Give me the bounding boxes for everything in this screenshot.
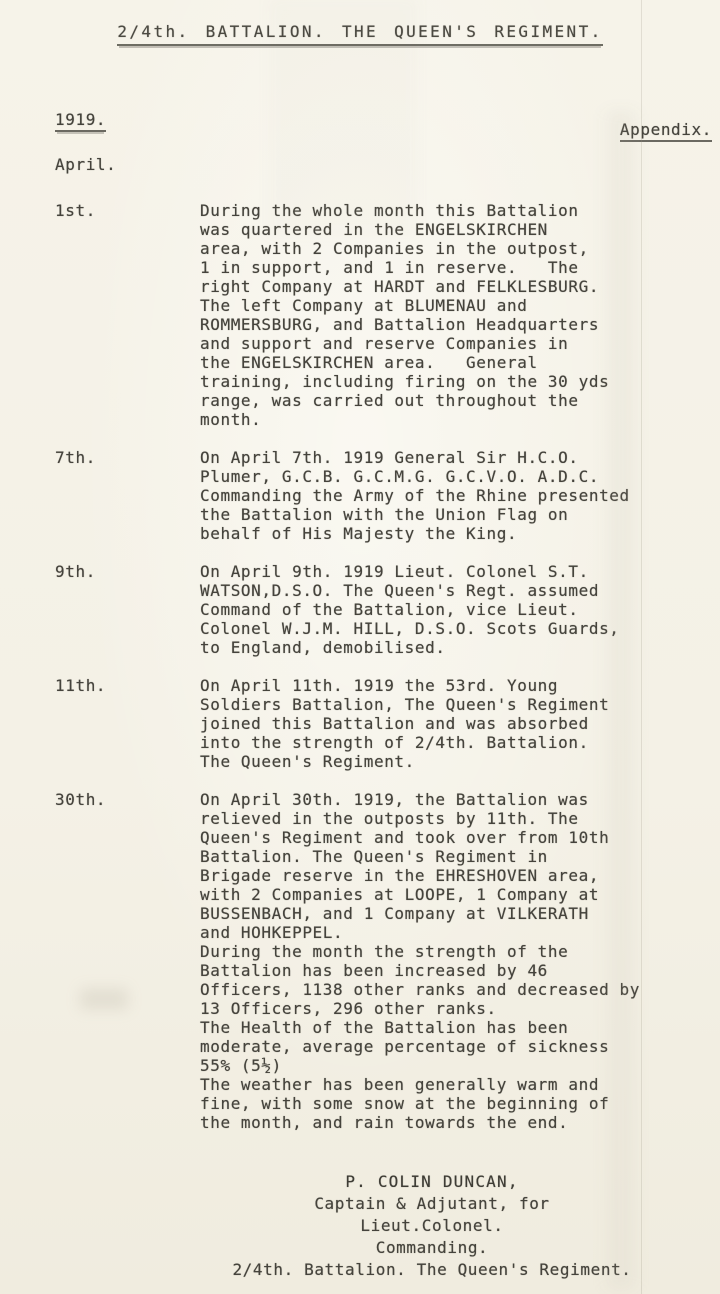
diary-entry-7th: 7th. On April 7th. 1919 General Sir H.C.… bbox=[55, 448, 720, 543]
entry-text: On April 11th. 1919 the 53rd. Young Sold… bbox=[200, 676, 675, 771]
year-label: 1919. bbox=[55, 110, 106, 132]
entry-date: 11th. bbox=[55, 676, 200, 695]
entry-text: On April 30th. 1919, the Battalion was r… bbox=[200, 790, 675, 1132]
diary-entry-1st: 1st. During the whole month this Battali… bbox=[55, 201, 720, 429]
meta-row: 1919. Appendix. bbox=[55, 110, 712, 142]
diary-entries: 1st. During the whole month this Battali… bbox=[55, 201, 720, 1132]
diary-entry-9th: 9th. On April 9th. 1919 Lieut. Colonel S… bbox=[55, 562, 720, 657]
entry-date: 9th. bbox=[55, 562, 200, 581]
entry-text: On April 9th. 1919 Lieut. Colonel S.T. W… bbox=[200, 562, 675, 657]
entry-date: 30th. bbox=[55, 790, 200, 809]
month-label: April. bbox=[55, 155, 720, 174]
signature-block: P. COLIN DUNCAN, Captain & Adjutant, for… bbox=[182, 1171, 682, 1281]
entry-date: 1st. bbox=[55, 201, 200, 220]
signature-commanding: Commanding. bbox=[182, 1237, 682, 1259]
war-diary-page: 2/4th. BATTALION. THE QUEEN'S REGIMENT. … bbox=[0, 0, 720, 1294]
entry-date: 7th. bbox=[55, 448, 200, 467]
document-title: 2/4th. BATTALION. THE QUEEN'S REGIMENT. bbox=[117, 22, 602, 46]
entry-text: On April 7th. 1919 General Sir H.C.O. Pl… bbox=[200, 448, 675, 543]
appendix-label: Appendix. bbox=[620, 120, 712, 142]
entry-text: During the whole month this Battalion wa… bbox=[200, 201, 675, 429]
diary-entry-30th: 30th. On April 30th. 1919, the Battalion… bbox=[55, 790, 720, 1132]
signature-rank: Captain & Adjutant, for bbox=[182, 1193, 682, 1215]
signature-name: P. COLIN DUNCAN, bbox=[182, 1171, 682, 1193]
signature-unit: 2/4th. Battalion. The Queen's Regiment. bbox=[182, 1259, 682, 1281]
signature-for-rank: Lieut.Colonel. bbox=[182, 1215, 682, 1237]
diary-entry-11th: 11th. On April 11th. 1919 the 53rd. Youn… bbox=[55, 676, 720, 771]
